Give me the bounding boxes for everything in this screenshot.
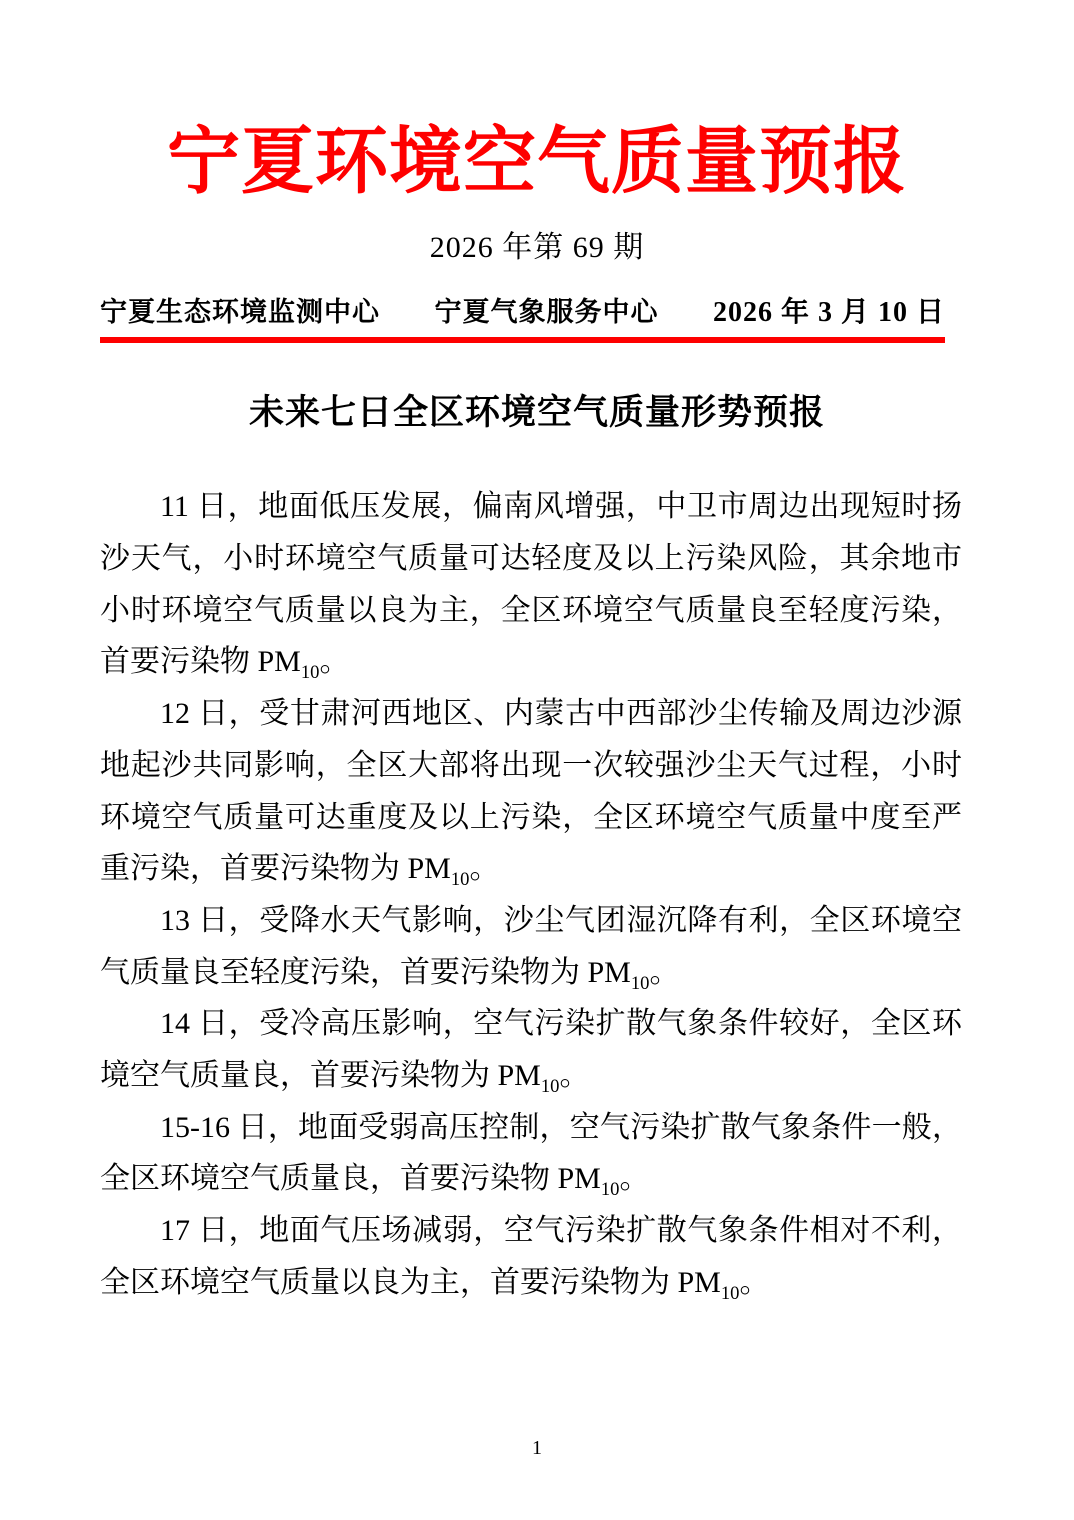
paragraph-text: 17 日，地面气压场减弱，空气污染扩散气象条件相对不利，全区环境空气质量以良为主…	[100, 1214, 962, 1299]
masthead: 宁夏生态环境监测中心 宁夏气象服务中心 2026 年 3 月 10 日	[100, 290, 945, 330]
paragraph-period: 。	[319, 645, 349, 678]
paragraph-period: 。	[739, 1266, 769, 1299]
paragraph-text: 11 日，地面低压发展，偏南风增强，中卫市周边出现短时扬沙天气，小时环境空气质量…	[100, 490, 962, 678]
pm10-subscript: 10	[601, 1179, 620, 1200]
page-number: 1	[0, 1437, 1074, 1460]
forecast-paragraph-day17: 17 日，地面气压场减弱，空气污染扩散气象条件相对不利，全区环境空气质量以良为主…	[100, 1205, 962, 1308]
paragraph-period: 。	[649, 956, 679, 989]
paragraph-period: 。	[469, 852, 499, 885]
paragraph-text: 12 日，受甘肃河西地区、内蒙古中西部沙尘传输及周边沙源地起沙共同影响，全区大部…	[100, 697, 962, 885]
forecast-paragraph-day11: 11 日，地面低压发展，偏南风增强，中卫市周边出现短时扬沙天气，小时环境空气质量…	[100, 481, 962, 688]
forecast-paragraph-day14: 14 日，受冷高压影响，空气污染扩散气象条件较好，全区环境空气质量良，首要污染物…	[100, 998, 962, 1101]
forecast-paragraph-day12: 12 日，受甘肃河西地区、内蒙古中西部沙尘传输及周边沙源地起沙共同影响，全区大部…	[100, 688, 962, 895]
masthead-center-org: 宁夏气象服务中心	[434, 290, 658, 329]
forecast-paragraph-day15-16: 15-16 日，地面受弱高压控制，空气污染扩散气象条件一般，全区环境空气质量良，…	[100, 1102, 962, 1205]
paragraph-text: 15-16 日，地面受弱高压控制，空气污染扩散气象条件一般，全区环境空气质量良，…	[100, 1111, 962, 1196]
pm10-subscript: 10	[451, 869, 470, 890]
section-heading: 未来七日全区环境空气质量形势预报	[0, 385, 1074, 435]
forecast-paragraph-day13: 13 日，受降水天气影响，沙尘气团湿沉降有利，全区环境空气质量良至轻度污染，首要…	[100, 895, 962, 998]
masthead-date: 2026 年 3 月 10 日	[713, 290, 945, 330]
pm10-subscript: 10	[541, 1076, 560, 1097]
forecast-body: 11 日，地面低压发展，偏南风增强，中卫市周边出现短时扬沙天气，小时环境空气质量…	[100, 481, 962, 1308]
paragraph-text: 14 日，受冷高压影响，空气污染扩散气象条件较好，全区环境空气质量良，首要污染物…	[100, 1007, 962, 1092]
masthead-left-org: 宁夏生态环境监测中心	[100, 290, 380, 329]
issue-number: 2026 年第 69 期	[0, 222, 1074, 266]
document-title: 宁夏环境空气质量预报	[0, 122, 1074, 202]
paragraph-text: 13 日，受降水天气影响，沙尘气团湿沉降有利，全区环境空气质量良至轻度污染，首要…	[100, 904, 962, 989]
document-page: 宁夏环境空气质量预报 2026 年第 69 期 宁夏生态环境监测中心 宁夏气象服…	[0, 0, 1074, 1520]
pm10-subscript: 10	[631, 973, 650, 994]
paragraph-period: 。	[559, 1059, 589, 1092]
paragraph-period: 。	[619, 1162, 649, 1195]
pm10-subscript: 10	[721, 1283, 740, 1304]
red-divider-rule	[100, 337, 945, 343]
pm10-subscript: 10	[301, 662, 320, 683]
